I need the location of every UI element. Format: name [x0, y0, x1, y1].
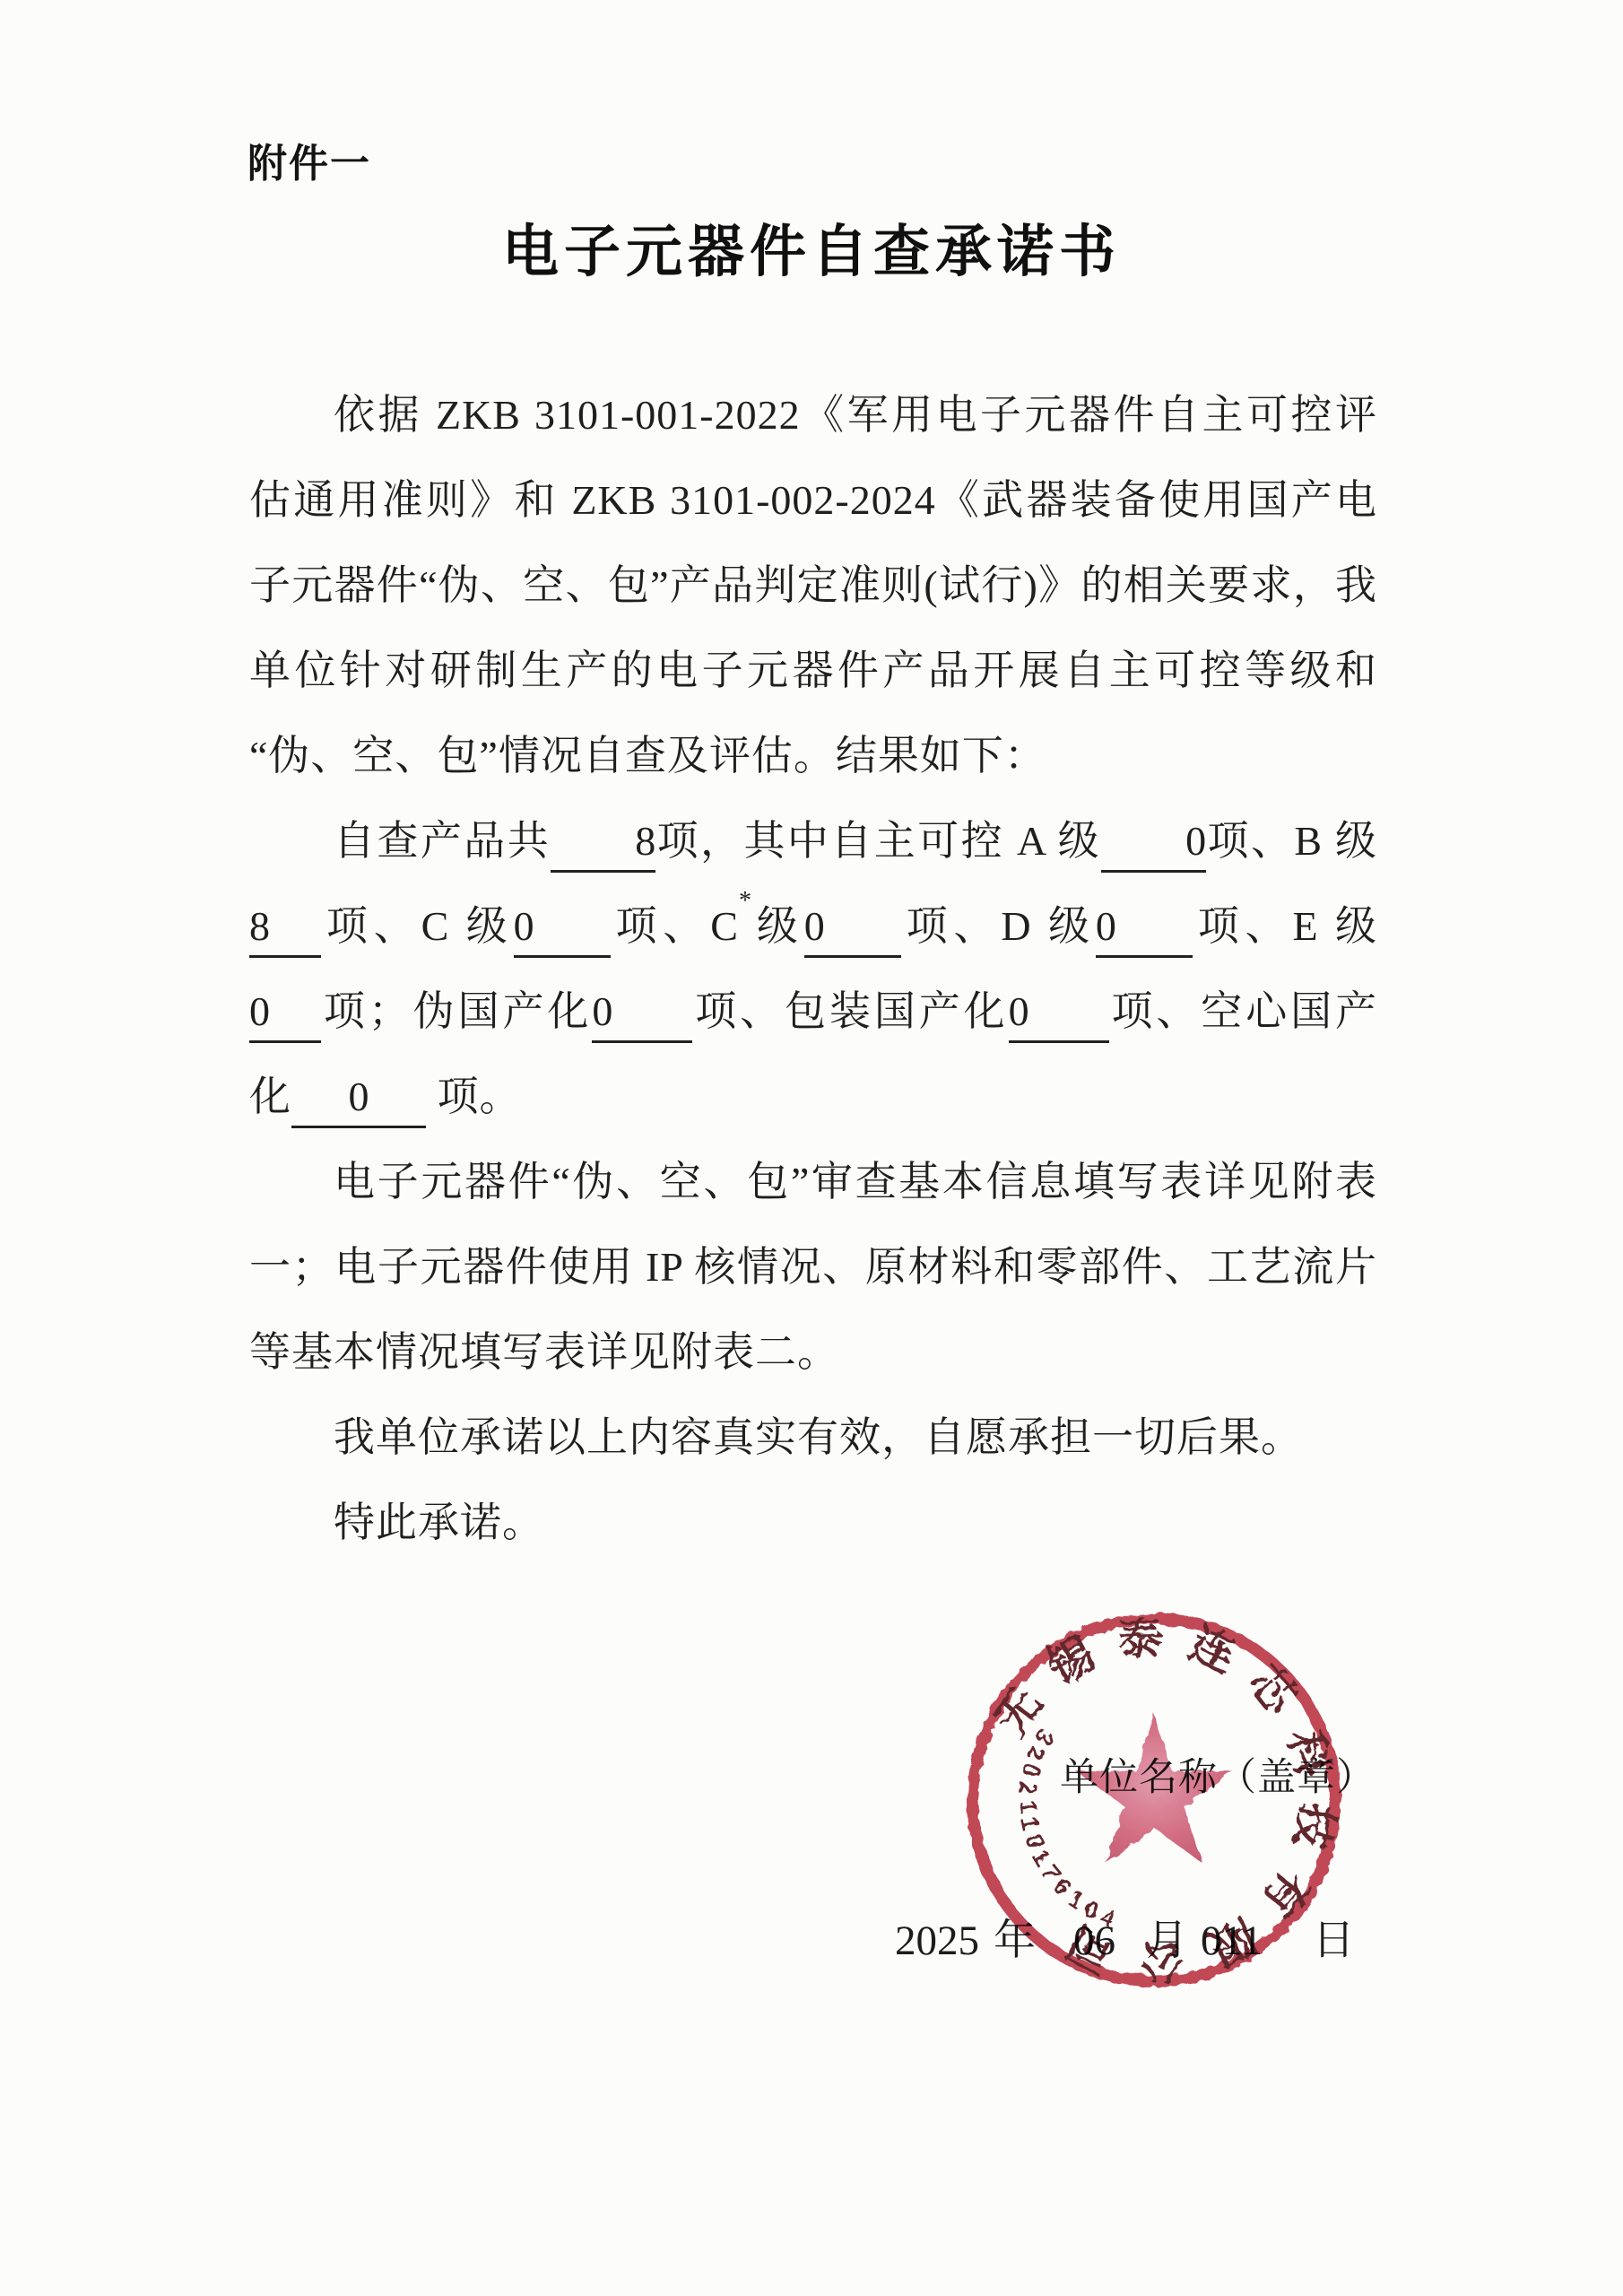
line-text: 电子元器件“伪、空、包”审查基本信息填写表详见附表 — [334, 1159, 1377, 1205]
document-title: 电子元器件自查承诺书 — [0, 206, 1623, 288]
line-text: “伪、空、包”情况自查及评估。结果如下： — [249, 733, 1046, 778]
line-text: 一；电子元器件使用 IP 核情况、原材料和零部件、工艺流片 — [249, 1244, 1377, 1290]
superscript-asterisk: * — [739, 887, 751, 915]
line-text: 等基本情况填写表详见附表二。 — [249, 1329, 839, 1375]
body-line: 等基本情况填写表详见附表二。 — [249, 1309, 1377, 1395]
line-text: 项、D 级 — [901, 903, 1096, 949]
filled-blank: 0 — [592, 988, 692, 1043]
filled-blank: 0 — [1096, 903, 1193, 958]
body-line: 0项；伪国产化0项、包装国产化0项、空心国产 — [249, 969, 1377, 1054]
line-text: 子元器件“伪、空、包”产品判定准则(试行)》的相关要求，我 — [249, 562, 1377, 608]
line-text: 我单位承诺以上内容真实有效，自愿承担一切后果。 — [334, 1414, 1303, 1460]
line-text: 估通用准则》和 ZKB 3101-002-2024《武器装备使用国产电 — [249, 477, 1377, 523]
line-text: 化 — [249, 1074, 291, 1119]
filled-blank: 8 — [551, 818, 655, 873]
line-text: 项，其中自主可控 A 级 — [655, 818, 1101, 864]
body-line: 估通用准则》和 ZKB 3101-002-2024《武器装备使用国产电 — [249, 457, 1377, 543]
body-line: 子元器件“伪、空、包”产品判定准则(试行)》的相关要求，我 — [249, 543, 1377, 628]
filled-blank: 0 — [1101, 818, 1206, 873]
attachment-label: 附件一 — [247, 131, 371, 188]
line-text: 项；伪国产化 — [321, 988, 592, 1034]
filled-blank: 8 — [249, 903, 321, 958]
body-line: “伪、空、包”情况自查及评估。结果如下： — [249, 713, 1377, 798]
line-text: 特此承诺。 — [334, 1500, 544, 1545]
body-line: 化0 项。 — [249, 1054, 1377, 1139]
scanned-document-page: 附件一 电子元器件自查承诺书 依据 ZKB 3101-001-2022《军用电子… — [0, 0, 1623, 2296]
line-text: 项、B 级 — [1206, 818, 1377, 864]
line-text: 项、E 级 — [1193, 903, 1377, 949]
line-text: 依据 ZKB 3101-001-2022《军用电子元器件自主可控评 — [334, 392, 1377, 438]
body-line: 8项、C 级0项、C*级0项、D 级0项、E 级 — [249, 883, 1377, 969]
body-line: 单位针对研制生产的电子元器件产品开展自主可控等级和 — [249, 628, 1377, 713]
body-line: 特此承诺。 — [249, 1480, 1377, 1565]
line-text: 项。 — [426, 1074, 522, 1119]
company-seal: 无锡泰连芯科技有限公司 3202110176104 — [957, 1603, 1351, 1997]
filled-blank: 0 — [291, 1074, 426, 1128]
line-text: 项、C 级 — [321, 903, 514, 949]
filled-blank: 0 — [1009, 988, 1109, 1043]
line-text: 自查产品共 — [334, 818, 551, 864]
filled-blank: 0 — [804, 903, 901, 958]
body-line: 依据 ZKB 3101-001-2022《军用电子元器件自主可控评 — [249, 372, 1377, 457]
seal-star-icon — [1076, 1714, 1233, 1863]
line-text: 单位针对研制生产的电子元器件产品开展自主可控等级和 — [249, 648, 1377, 693]
filled-blank: 0 — [514, 903, 611, 958]
body-line: 自查产品共8项，其中自主可控 A 级0项、B 级 — [249, 798, 1377, 883]
line-text: 项、包装国产化 — [692, 988, 1008, 1034]
line-text: 级 — [751, 903, 804, 949]
seal-serial-number: 3202110176104 — [1014, 1725, 1124, 1935]
filled-blank: 0 — [249, 988, 321, 1043]
line-text: 项、空心国产 — [1109, 988, 1377, 1034]
body-line: 电子元器件“伪、空、包”审查基本信息填写表详见附表 — [249, 1139, 1377, 1224]
line-text: 项、C — [611, 903, 739, 949]
body-line: 我单位承诺以上内容真实有效，自愿承担一切后果。 — [249, 1395, 1377, 1480]
body-lines: 依据 ZKB 3101-001-2022《军用电子元器件自主可控评估通用准则》和… — [249, 372, 1377, 1565]
body-line: 一；电子元器件使用 IP 核情况、原材料和零部件、工艺流片 — [249, 1224, 1377, 1309]
